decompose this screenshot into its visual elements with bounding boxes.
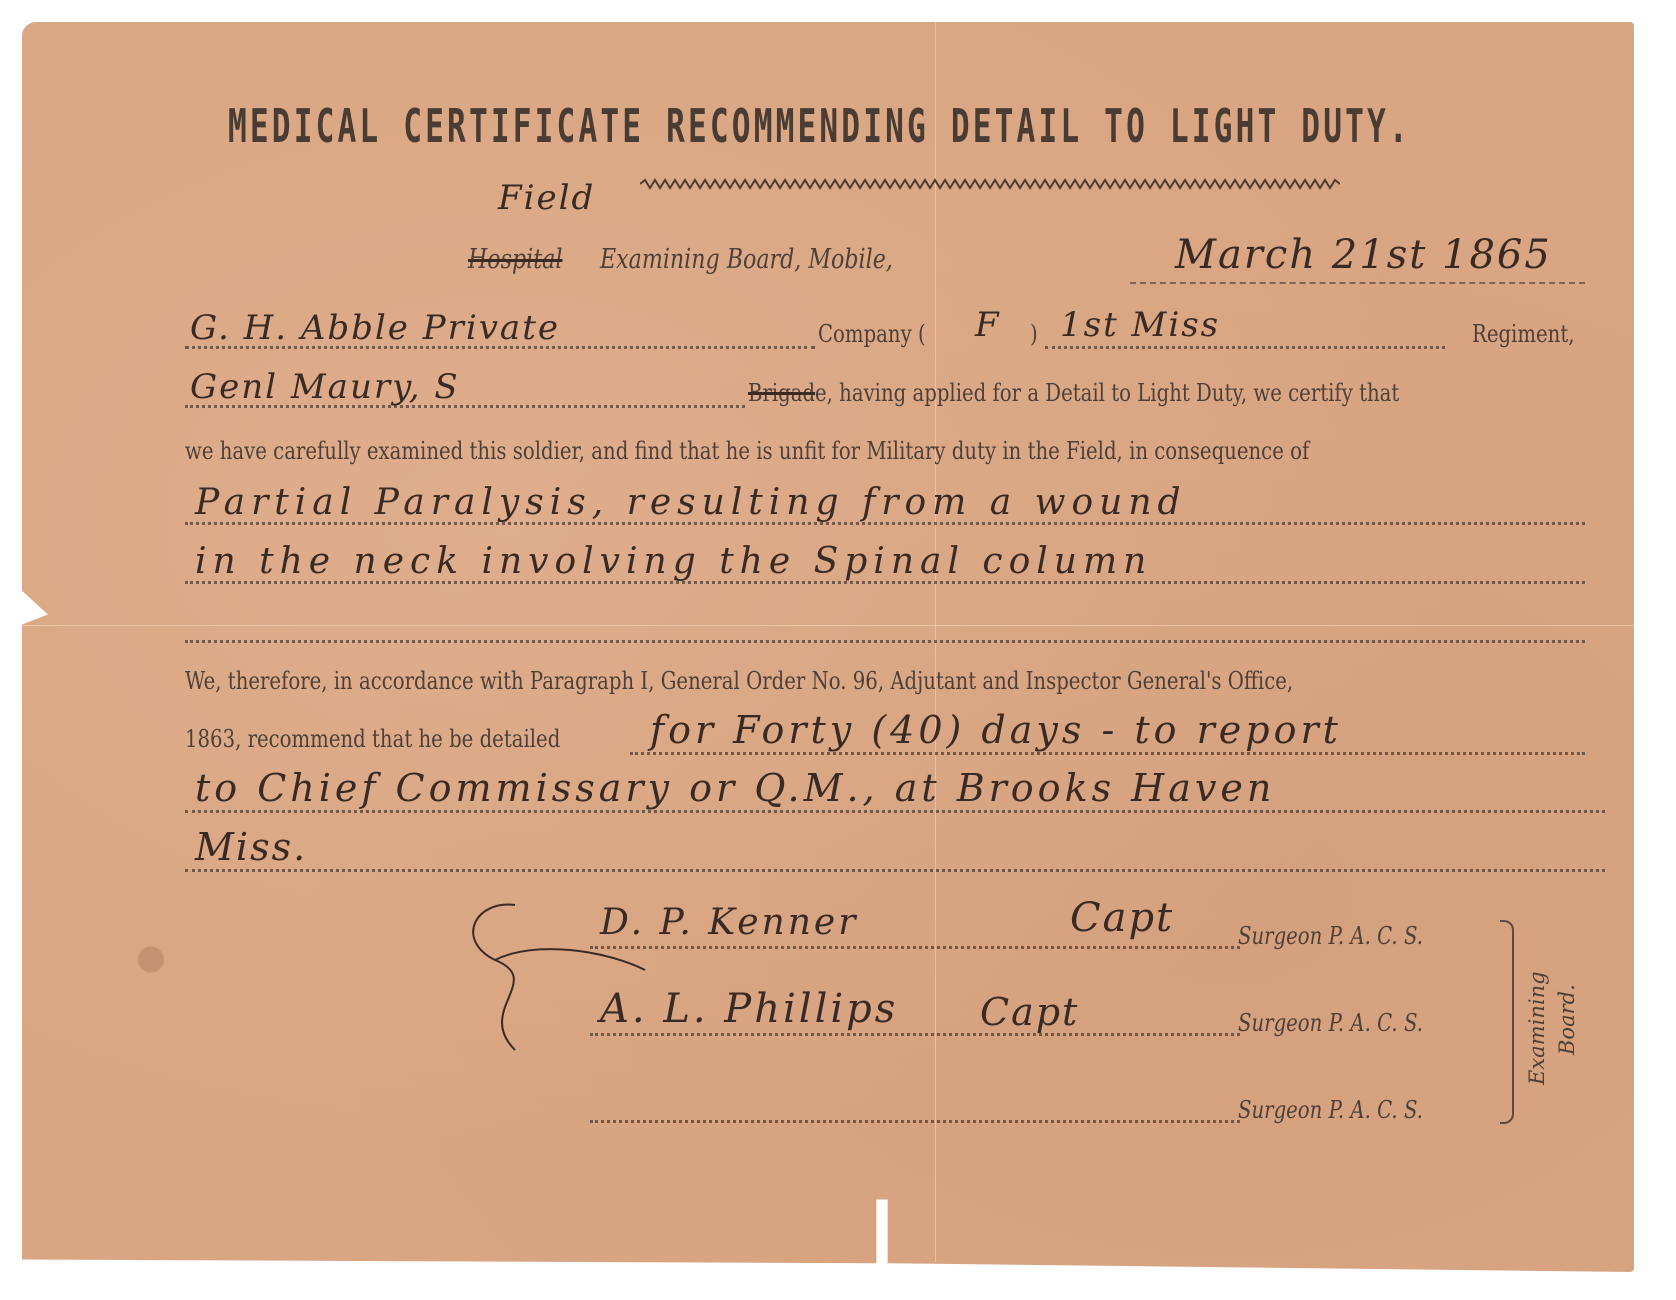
handwritten-regiment: 1st Miss [1060, 305, 1220, 345]
struck-brigade-word: Brigad [748, 379, 815, 407]
detail-fill-line-3 [185, 869, 1605, 872]
examination-statement: we have carefully examined this soldier,… [185, 437, 1309, 465]
handwritten-state: Miss. [195, 825, 307, 869]
handwritten-reason-line-2: in the neck involving the Spinal column [195, 541, 1152, 582]
handwritten-report-to: to Chief Commissary or Q.M., at Brooks H… [195, 766, 1275, 810]
struck-hospital-word: Hospital [468, 244, 562, 275]
handwritten-reason-line-1: Partial Paralysis, resulting from a woun… [195, 482, 1187, 523]
signature-2-rank: Capt [980, 990, 1079, 1034]
signature-line-3 [590, 1120, 1240, 1123]
handwritten-field-insert: Field [498, 178, 595, 218]
company-close-paren: ) [1030, 320, 1038, 348]
regiment-label: Regiment, [1472, 320, 1575, 348]
handwritten-date: March 21st 1865 [1175, 232, 1552, 278]
decorative-wavy-rule [640, 178, 1340, 190]
authority-statement: We, therefore, in accordance with Paragr… [185, 667, 1293, 695]
handwritten-soldier-name: G. H. Abble Private [190, 308, 560, 348]
handwritten-detail-duration: for Forty (40) days - to report [650, 708, 1342, 752]
handwritten-brigade: Genl Maury, S [190, 367, 460, 407]
certificate-paper [22, 22, 1634, 1272]
signature-2-label: Surgeon P. A. C. S. [1238, 1009, 1423, 1037]
regiment-fill-line [1045, 346, 1445, 349]
signature-line-2 [590, 1033, 1240, 1036]
handwritten-company: F [975, 305, 1001, 345]
examining-board-label-1: Examining [1525, 971, 1549, 1085]
applied-detail-text: e, having applied for a Detail to Light … [815, 379, 1399, 407]
signature-3-label: Surgeon P. A. C. S. [1238, 1096, 1423, 1124]
signature-1-label: Surgeon P. A. C. S. [1238, 922, 1423, 950]
signature-1-name: D. P. Kenner [600, 902, 858, 943]
signature-line-1 [590, 946, 1240, 949]
detail-fill-line-2 [185, 810, 1605, 813]
horizontal-fold-crease [22, 625, 1634, 626]
signature-2-name: A. L. Phillips [600, 986, 898, 1032]
reason-fill-line-3 [185, 640, 1585, 643]
company-label: Company ( [818, 320, 926, 348]
date-fill-line [1130, 282, 1585, 284]
examining-board-label-2: Board. [1555, 984, 1579, 1055]
examining-board-brace [1500, 920, 1514, 1124]
board-location-label: Examining Board, Mobile, [600, 244, 893, 275]
recommendation-label: 1863, recommend that he be detailed [185, 725, 560, 753]
detail-fill-line-1 [630, 752, 1585, 755]
certificate-title: MEDICAL CERTIFICATE RECOMMENDING DETAIL … [228, 101, 1411, 154]
signature-1-rank: Capt [1070, 895, 1174, 941]
